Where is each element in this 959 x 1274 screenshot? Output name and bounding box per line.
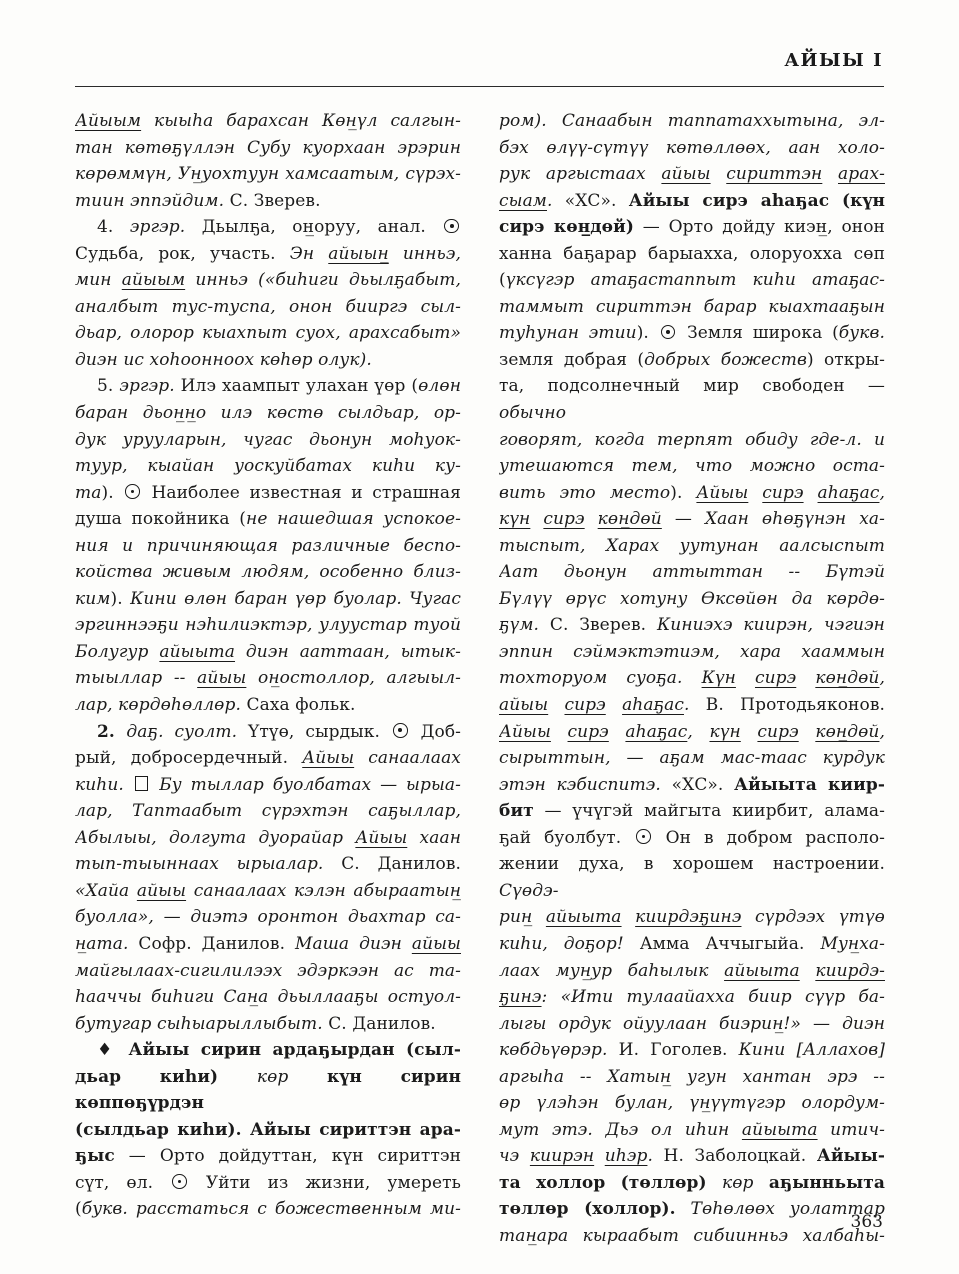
text-segment: көр (257, 1067, 289, 1087)
text-line: лар, Таптаабыт сүрэхтэн саҕыллар, (75, 798, 461, 825)
text-segment: Он в добром располо- (653, 828, 885, 848)
text-segment: рый, добросердечный. (75, 748, 302, 768)
text-segment: ( (499, 270, 506, 290)
text-segment: сирэ (543, 509, 584, 529)
text-segment: лаах мун̲ур баһылык (499, 961, 724, 981)
text-segment: лыгы ордук ойуулаан биэрин̲!» — диэн (499, 1014, 885, 1034)
text-segment: сирэ (757, 722, 798, 742)
text-segment: лар, көрдөһөллөр. (75, 695, 247, 715)
text-segment (606, 695, 622, 715)
text-segment: баран дьон̲н̲о илэ көстө сылдьар, ор- (75, 403, 461, 423)
text-line: жении духа, в хорошем настроении. Сүөдэ- (499, 851, 885, 904)
text-line: айыы сирэ аһаҕас. В. Протодьяконов. (499, 692, 885, 719)
text-line: аналбыт тус-туспа, онон бииргэ сыл- (75, 294, 461, 321)
text-segment: дьар, олорор кыахпыт суох, арахсабыт» (75, 323, 461, 343)
text-line: та холлор (төллөр) көр аҕынньыта (499, 1170, 885, 1197)
text-segment: Айыы сирэ аһаҕас (күн (629, 191, 885, 211)
text-segment: айыы (137, 881, 186, 901)
text-segment: лар, Таптаабыт сүрэхтэн саҕыллар, (75, 801, 461, 821)
text-line: тан көтөҕүллэн Субу куорхаан эрэрин (75, 135, 461, 162)
text-line: эргиннээҕи нэһилиэктэр, улуустар туой (75, 612, 461, 639)
header-rule (75, 86, 884, 87)
text-segment: санаалаах кэлэн абыраатын̲ (186, 881, 461, 901)
text-segment: арах- (838, 164, 885, 184)
text-segment: сирэ көн̲дөй) (499, 217, 634, 237)
text-line: лаах мун̲ур баһылык айыыта киирдэ- (499, 958, 885, 985)
text-line: этэн кэбиспитэ. «ХС». Айыыта киир- (499, 772, 885, 799)
text-segment: , (879, 483, 885, 503)
text-segment: сүт, өл. (75, 1173, 170, 1193)
text-segment: күн (709, 722, 740, 742)
text-segment: өлөн (418, 376, 461, 396)
text-segment: диэн ис хоһоонноох көһөр олук). (75, 350, 372, 370)
text-segment: Илэ хаампыт улахан үөр ( (175, 376, 418, 396)
text-segment (609, 722, 626, 742)
text-segment: С. Данилов. (328, 1014, 436, 1034)
text-segment: Үтүө, сырдык. (237, 722, 391, 742)
text-segment: 5. (97, 376, 119, 396)
text-segment: говорят, когда терпят обиду где-л. и (499, 430, 885, 450)
text-line: дьар, олорор кыахпыт суох, арахсабыт» (75, 320, 461, 347)
text-line: тохторуом суоҕа. Күн сирэ көн̲дөй, (499, 665, 885, 692)
text-segment: земля добрая ( (499, 350, 644, 370)
text-segment: Дьылҕа, он̲оруу, анал. (185, 217, 442, 237)
text-segment: (сылдьар киһи). Айыы сириттэн ара- (75, 1120, 461, 1140)
text-line: тиин эппэйдим. С. Зверев. (75, 188, 461, 215)
text-segment: аһаҕас (625, 722, 687, 742)
text-line: 5. эргэр. Илэ хаампыт улахан үөр (өлөн (75, 373, 461, 400)
text-segment: . (647, 1146, 663, 1166)
text-segment: н̲ата. (75, 934, 138, 954)
text-segment: Земля широка ( (677, 323, 838, 343)
text-segment: не нашедшая успокое- (246, 509, 461, 529)
text-segment: көн̲дөй (815, 722, 879, 742)
text-segment: айыы (499, 695, 548, 715)
text-segment (822, 164, 838, 184)
text-segment: айыыта (159, 642, 235, 662)
text-segment: Болугур (75, 642, 159, 662)
text-segment: Айыы (499, 722, 551, 742)
text-segment: букв. расстаться с божественным ми- (82, 1199, 461, 1219)
text-segment: Наиболее известная и страшная (142, 483, 461, 503)
text-segment: Эн (290, 244, 329, 264)
text-segment (551, 722, 568, 742)
text-line: тып-тыыннаах ырыалар. С. Данилов. (75, 851, 461, 878)
text-segment: сирэ (762, 483, 803, 503)
text-segment: Айыы- (817, 1146, 885, 1166)
text-segment: төллөр (холлор). (499, 1199, 676, 1219)
text-segment: Айыыта киир- (734, 775, 885, 795)
text-line: 2. даҕ. суолт. Үтүө, сырдык. Доб- (75, 719, 461, 746)
text-segment: күн (499, 509, 530, 529)
text-line: бэх өлүү-сүтүү көтөллөөх, аан холо- (499, 135, 885, 162)
text-segment: вить это место (499, 483, 670, 503)
text-segment: ҕинэ (499, 987, 542, 1007)
text-segment: Судьба, рок, участь. (75, 244, 290, 264)
text-segment: мут этэ. Дьэ ол иһин (499, 1120, 742, 1140)
phraseme-marker-icon: ♦ (97, 1040, 129, 1060)
text-segment: — Орто дойду киэн̲, онон (634, 217, 885, 237)
text-line: ҕүм. С. Зверев. Киниэхэ киирэн, чэгиэн (499, 612, 885, 639)
text-line: көрөммүн, Ун̲уохтуун хамсаатым, сүрэх- (75, 161, 461, 188)
text-segment: сирэ (568, 722, 609, 742)
text-segment: Киниэхэ киирэн, чэгиэн (657, 615, 885, 635)
text-segment: С. Зверев. (550, 615, 657, 635)
text-line: дук урууларын, чугас дьонун моһуок- (75, 427, 461, 454)
text-line: Айыы сирэ аһаҕас, күн сирэ көн̲дөй, (499, 719, 885, 746)
text-segment: көн̲дөй (598, 509, 662, 529)
text-segment: ҕай буолбут. (499, 828, 634, 848)
text-segment: — Орто дойдуттан, күн сириттэн (115, 1146, 461, 1166)
text-segment: утешаются тем, что можно оста- (499, 456, 885, 476)
text-segment: буолла», — диэтэ оронтон дьахтар са- (75, 907, 461, 927)
text-segment: 4. (97, 217, 130, 237)
text-segment: киирдэҕинэ (635, 907, 741, 927)
text-segment: этэн кэбиспитэ. (499, 775, 672, 795)
text-segment (530, 509, 543, 529)
text-segment: көбдьүөрэр. (499, 1040, 619, 1060)
text-segment (796, 668, 815, 688)
text-segment: көн̲дөй (815, 668, 879, 688)
text-segment: Хаан өһөҕүнэн ха- (705, 509, 885, 529)
translation-marker-icon (661, 325, 676, 340)
translation-marker-icon (636, 829, 651, 844)
text-line: тыыллар -- айыы он̲остоллор, алгыыл- (75, 665, 461, 692)
text-segment: койства живым людям, особенно близ- (75, 562, 461, 582)
text-segment: та холлор (төллөр) (499, 1173, 722, 1193)
text-line: күн сирэ көн̲дөй — Хаан өһөҕүнэн ха- (499, 506, 885, 533)
text-line: Судьба, рок, участь. Эн айыын̲ инньэ, (75, 241, 461, 268)
text-segment: киһи, доҕор! (499, 934, 640, 954)
text-segment: : «Ити тулаайахха биир сүүр ба- (542, 987, 885, 1007)
text-segment: үксүгэр атаҕастаппыт киһи атаҕас- (506, 270, 885, 290)
running-head-guide-word: АЙЫЫ I (784, 50, 883, 71)
text-line: рук аргыстаах айыы сириттэн арах- (499, 161, 885, 188)
text-line: н̲ата. Софр. Данилов. Маша диэн айыы (75, 931, 461, 958)
text-segment: бит (499, 801, 534, 821)
text-line: эппин сэймэктэтиэм, хара хааммын (499, 639, 885, 666)
text-segment: көрөммүн, Ун̲уохтуун хамсаатым, сүрэх- (75, 164, 461, 184)
text-segment (548, 695, 564, 715)
text-segment: даҕ. суолт. (126, 722, 237, 742)
text-segment: ) откры- (807, 350, 885, 370)
text-line: бит — үчүгэй майгыта киирбит, алама- (499, 798, 885, 825)
text-line: ром). Санаабын таппатаххытына, эл- (499, 108, 885, 135)
text-segment (748, 483, 762, 503)
text-line: мин айыым инньэ («биһиги дьылҕабыт, (75, 267, 461, 294)
text-segment: диэн ааттаан, ытык- (235, 642, 461, 662)
translation-marker-icon (125, 484, 140, 499)
text-segment: айыыта (724, 961, 800, 981)
page-number: 363 (851, 1212, 883, 1232)
text-line: дьар киһи) көр күн сирин көппөҕүрдэн (75, 1064, 461, 1117)
text-segment: букв. (839, 323, 885, 343)
text-segment: . (547, 191, 565, 211)
text-segment: Абылыы, долгута дуорайар (75, 828, 355, 848)
text-line: чэ киирэн иһэр. Н. Заболоцкай. Айыы- (499, 1143, 885, 1170)
text-segment: — үчүгэй майгыта киирбит, алама- (534, 801, 885, 821)
text-segment: киирэн (530, 1146, 594, 1166)
text-segment: та (75, 483, 101, 503)
text-line: душа покойника (не нашедшая успокое- (75, 506, 461, 533)
text-segment: Мун̲ха- (820, 934, 885, 954)
text-segment: аһаҕас (622, 695, 684, 715)
text-segment: ҕүм. (499, 615, 550, 635)
text-line: ♦ Айыы сирин ардаҕырдан (сыл- (75, 1037, 461, 1064)
text-segment: Бүлүү өрүс хотуну Өксөйөн да көрдө- (499, 589, 885, 609)
text-segment: иһэр (605, 1146, 648, 1166)
text-segment: Айыы (302, 748, 354, 768)
text-segment: эргэр. (119, 376, 174, 396)
text-segment: сириттэн (726, 164, 822, 184)
text-segment: Доб- (410, 722, 461, 742)
text-segment: ханна баҕарар барыахха, олоруохха сөп (499, 244, 885, 264)
text-line: туһунан этии). Земля широка (букв. (499, 320, 885, 347)
text-segment: тыспыт, Харах уутунан аалсыспыт (499, 536, 885, 556)
text-segment: Айыы сирин ардаҕырдан (сыл- (129, 1040, 462, 1060)
text-segment: аҕынньыта (754, 1173, 885, 1193)
text-line: та, подсолнечный мир свободен — обычно (499, 373, 885, 426)
text-segment: Кини [Аллахов] (739, 1040, 885, 1060)
text-segment: «Хайа (75, 881, 137, 901)
text-line: сүт, өл. Уйти из жизни, умереть (75, 1170, 461, 1197)
text-line: ҕыс — Орто дойдуттан, күн сириттэн (75, 1143, 461, 1170)
text-segment (800, 961, 816, 981)
text-segment: ). (670, 483, 696, 503)
text-segment: инньэ («биһиги дьылҕабыт, (185, 270, 461, 290)
text-segment: айыын̲ (328, 244, 388, 264)
text-line: койства живым людям, особенно близ- (75, 559, 461, 586)
text-line: баран дьон̲н̲о илэ көстө сылдьар, ор- (75, 400, 461, 427)
text-line: төллөр (холлор). Төһөлөөх уолаттар (499, 1196, 885, 1223)
text-segment: Саха фольк. (247, 695, 356, 715)
text-segment: мин (75, 270, 122, 290)
text-segment: Кини өлөн баран үөр буолар. Чугас (130, 589, 461, 609)
text-segment: Н. Заболоцкай. (664, 1146, 817, 1166)
text-line: көбдьүөрэр. И. Гоголев. Кини [Аллахов] (499, 1037, 885, 1064)
right-column: ром). Санаабын таппатаххытына, эл-бэх өл… (499, 108, 885, 1250)
text-segment: ( (75, 1199, 82, 1219)
text-segment: Маша диэн (295, 934, 412, 954)
text-segment: айыыта (742, 1120, 818, 1140)
text-line: диэн ис хоһоонноох көһөр олук). (75, 347, 461, 374)
text-segment: сырыттын, — аҕам мас-таас курдук (499, 748, 885, 768)
text-segment: туһунан этии (499, 323, 637, 343)
text-segment: Уйти из жизни, умереть (189, 1173, 461, 1193)
text-segment (804, 483, 818, 503)
text-line: вить это место). Айыы сирэ аһаҕас, (499, 480, 885, 507)
text-line: сирэ көн̲дөй) — Орто дойду киэн̲, онон (499, 214, 885, 241)
text-segment: та, подсолнечный мир свободен — (499, 376, 885, 396)
text-line: киһи. Бу тыллар буолбатах — ырыа- (75, 772, 461, 799)
text-line: таммыт сириттэн барар кыахтааҕын (499, 294, 885, 321)
text-line: «Хайа айыы санаалаах кэлэн абыраатын̲ (75, 878, 461, 905)
text-segment: И. Гоголев. (619, 1040, 739, 1060)
text-segment: айыыта (546, 907, 622, 927)
translation-marker-icon (393, 723, 408, 738)
text-segment: аргыһа -- Хатын̲ угун хантан эрэ -- (499, 1067, 885, 1087)
text-line: сыам. «ХС». Айыы сирэ аһаҕас (күн (499, 188, 885, 215)
text-segment: итич- (818, 1120, 885, 1140)
text-segment: Софр. Данилов. (138, 934, 295, 954)
text-segment: таммыт сириттэн барар кыахтааҕын (499, 297, 885, 317)
text-segment: , (687, 722, 709, 742)
translation-marker-icon (172, 1174, 187, 1189)
text-segment: сирэ (755, 668, 796, 688)
text-segment: тыыллар -- (75, 668, 197, 688)
text-segment: айыы (661, 164, 710, 184)
text-segment: ). (111, 589, 131, 609)
text-line: Айыым кыыһа барахсан Көн̲үл салгын- (75, 108, 461, 135)
text-segment: сүрдээх үтүө (741, 907, 885, 927)
text-segment: чэ (499, 1146, 530, 1166)
text-segment: аналбыт тус-туспа, онон бииргэ сыл- (75, 297, 461, 317)
text-segment: Күн (702, 668, 736, 688)
text-line: өр үлэһэн булан, үн̲үүтүгэр олордум- (499, 1090, 885, 1117)
text-line: (букв. расстаться с божественным ми- (75, 1196, 461, 1223)
text-segment: добрых божеств (644, 350, 807, 370)
text-segment: бутугар сыһыарыллыбыт. (75, 1014, 328, 1034)
text-segment: Айыы (696, 483, 748, 503)
text-segment: аһаҕас (818, 483, 880, 503)
text-line: буолла», — диэтэ оронтон дьахтар са- (75, 904, 461, 931)
text-segment: айыы (412, 934, 461, 954)
text-segment: көр (722, 1173, 754, 1193)
text-segment: сыам (499, 191, 547, 211)
text-line: лар, көрдөһөллөр. Саха фольк. (75, 692, 461, 719)
text-segment: «ХС». (565, 191, 629, 211)
text-line: говорят, когда терпят обиду где-л. и (499, 427, 885, 454)
text-segment: Бу тыллар буолбатах — ырыа- (150, 775, 461, 795)
text-line: аргыһа -- Хатын̲ угун хантан эрэ -- (499, 1064, 885, 1091)
text-line: майгылаах-сигилилээх эдэркээн ас та- (75, 958, 461, 985)
text-segment: ). (101, 483, 123, 503)
text-segment: В. Протодьяконов. (706, 695, 885, 715)
text-line: сырыттын, — аҕам мас-таас курдук (499, 745, 885, 772)
text-segment: туур, кыайан уоскуйбатах киһи ку- (75, 456, 461, 476)
text-line: ҕай буолбут. Он в добром располо- (499, 825, 885, 852)
dictionary-page: АЙЫЫ I Айыым кыыһа барахсан Көн̲үл салгы… (0, 0, 959, 1274)
text-line: лыгы ордук ойуулаан биэрин̲!» — диэн (499, 1011, 885, 1038)
text-segment (741, 722, 758, 742)
text-segment: киирдэ- (815, 961, 885, 981)
text-line: Болугур айыыта диэн ааттаан, ытык- (75, 639, 461, 666)
text-segment: хаан (407, 828, 461, 848)
text-line: 4. эргэр. Дьылҕа, он̲оруу, анал. (75, 214, 461, 241)
text-line: ким). Кини өлөн баран үөр буолар. Чугас (75, 586, 461, 613)
text-segment: , (879, 668, 885, 688)
text-segment (622, 907, 636, 927)
text-line: Бүлүү өрүс хотуну Өксөйөн да көрдө- (499, 586, 885, 613)
text-line: та). Наиболее известная и страшная (75, 480, 461, 507)
text-segment: тохторуом суоҕа. (499, 668, 702, 688)
text-segment: ҕыс (75, 1146, 115, 1166)
text-segment: С. Зверев. (230, 191, 321, 211)
text-line: ния и причиняющая различные беспо- (75, 533, 461, 560)
text-segment: кыыһа барахсан Көн̲үл салгын- (141, 111, 461, 131)
text-line: (үксүгэр атаҕастаппыт киһи атаҕас- (499, 267, 885, 294)
text-segment: дьар киһи) (75, 1067, 257, 1087)
text-segment: он̲остоллор, алгыыл- (246, 668, 461, 688)
text-segment: сирэ (564, 695, 605, 715)
text-segment: . (684, 695, 706, 715)
illustration-marker-icon (135, 776, 149, 791)
text-segment: душа покойника ( (75, 509, 246, 529)
text-segment (594, 1146, 605, 1166)
text-segment: тан көтөҕүллэн Субу куорхаан эрэрин (75, 138, 461, 158)
text-segment: тып-тыыннаах ырыалар. (75, 854, 341, 874)
text-segment: жении духа, в хорошем настроении. (499, 854, 885, 874)
text-segment: тиин эппэйдим. (75, 191, 230, 211)
text-line: бутугар сыһыарыллыбыт. С. Данилов. (75, 1011, 461, 1038)
text-line: киһи, доҕор! Амма Аччыгыйа. Мун̲ха- (499, 931, 885, 958)
text-segment: тан̲ара кыраабыт сибиинньэ халбаһы- (499, 1226, 885, 1246)
text-segment: инньэ, (389, 244, 461, 264)
text-segment: 2. (97, 722, 126, 742)
translation-marker-icon (444, 219, 459, 234)
text-line: һааччы биһиги Сан̲а дьыллааҕы остуол- (75, 984, 461, 1011)
text-segment: рук аргыстаах (499, 164, 661, 184)
text-line: утешаются тем, что можно оста- (499, 453, 885, 480)
text-segment: санаалаах (354, 748, 461, 768)
text-segment: ния и причиняющая различные беспо- (75, 536, 461, 556)
text-line: ҕинэ: «Ити тулаайахха биир сүүр ба- (499, 984, 885, 1011)
text-block: Айыым кыыһа барахсан Көн̲үл салгын-тан к… (75, 108, 885, 1250)
text-line: рый, добросердечный. Айыы санаалаах (75, 745, 461, 772)
left-column: Айыым кыыһа барахсан Көн̲үл салгын-тан к… (75, 108, 461, 1250)
text-segment: Сүөдэ- (499, 881, 559, 901)
text-line: (сылдьар киһи). Айыы сириттэн ара- (75, 1117, 461, 1144)
text-segment: киһи. (75, 775, 133, 795)
text-line: тыспыт, Харах уутунан аалсыспыт (499, 533, 885, 560)
text-segment: дук урууларын, чугас дьонун моһуок- (75, 430, 461, 450)
text-segment: , (879, 722, 885, 742)
text-segment: өр үлэһэн булан, үн̲үүтүгэр олордум- (499, 1093, 885, 1113)
text-line: Аат дьонун аттыттан -- Бүтэй (499, 559, 885, 586)
text-segment: Айыы (355, 828, 407, 848)
text-line: рин̲ айыыта киирдэҕинэ сүрдээх үтүө (499, 904, 885, 931)
text-segment: һааччы биһиги Сан̲а дьыллааҕы остуол- (75, 987, 461, 1007)
text-line: земля добрая (добрых божеств) откры- (499, 347, 885, 374)
text-segment: — (662, 509, 705, 529)
text-segment: ким (75, 589, 111, 609)
text-segment: эргэр. (130, 217, 185, 237)
text-segment: эргиннээҕи нэһилиэктэр, улуустар туой (75, 615, 461, 635)
text-segment: майгылаах-сигилилээх эдэркээн ас та- (75, 961, 461, 981)
text-segment (799, 722, 816, 742)
text-segment: эппин сэймэктэтиэм, хара хааммын (499, 642, 885, 662)
text-segment: айыы (197, 668, 246, 688)
text-segment: бэх өлүү-сүтүү көтөллөөх, аан холо- (499, 138, 885, 158)
text-segment: Амма Аччыгыйа. (640, 934, 821, 954)
text-segment: Айыым (75, 111, 141, 131)
text-segment: С. Данилов. (341, 854, 461, 874)
text-segment: обычно (499, 403, 566, 423)
text-line: тан̲ара кыраабыт сибиинньэ халбаһы- (499, 1223, 885, 1250)
text-line: мут этэ. Дьэ ол иһин айыыта итич- (499, 1117, 885, 1144)
text-segment: «ХС». (672, 775, 735, 795)
text-segment: рин̲ (499, 907, 546, 927)
text-segment: ром). Санаабын таппатаххытына, эл- (499, 111, 885, 131)
text-segment (736, 668, 755, 688)
text-line: ханна баҕарар барыахха, олоруохха сөп (499, 241, 885, 268)
text-segment: айыым (122, 270, 185, 290)
text-line: туур, кыайан уоскуйбатах киһи ку- (75, 453, 461, 480)
text-segment (585, 509, 598, 529)
text-segment: Аат дьонун аттыттан -- Бүтэй (499, 562, 885, 582)
text-line: Абылыы, долгута дуорайар Айыы хаан (75, 825, 461, 852)
text-segment (711, 164, 727, 184)
